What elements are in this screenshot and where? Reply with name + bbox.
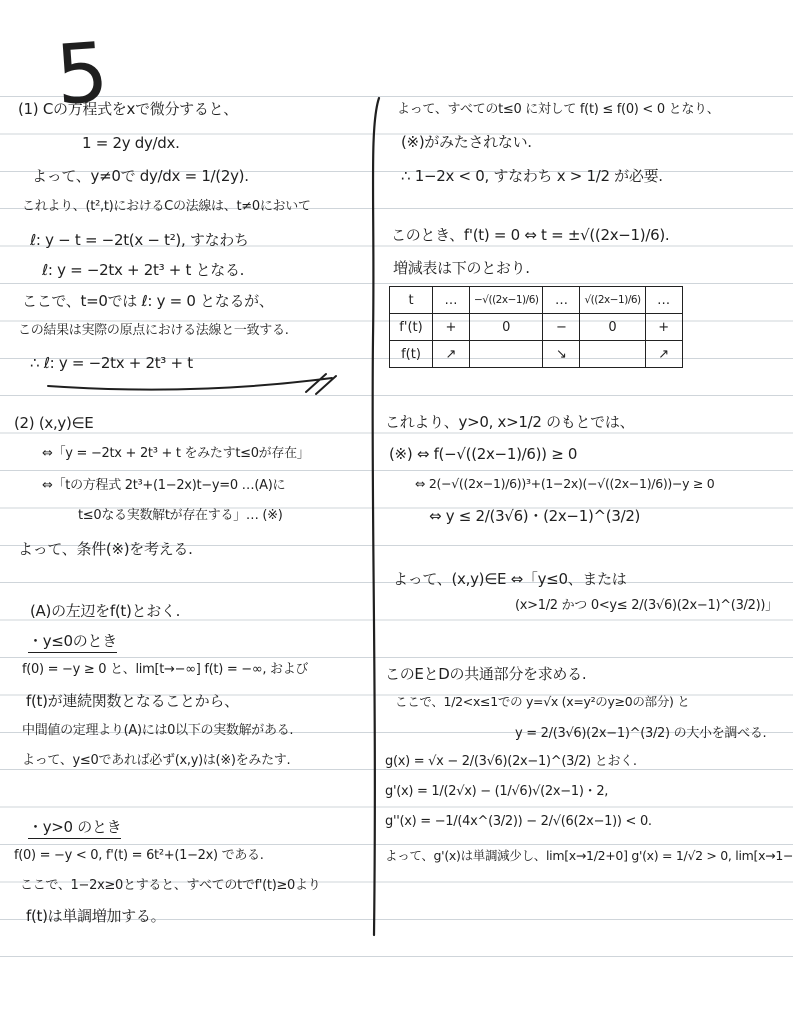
note-line: ℓ: y − t = −2t(x − t²), すなわち [30,231,249,250]
note-line: f(t)が連続関数となることから、 [26,692,239,711]
increase-decrease-table: t … −√((2x−1)/6) … √((2x−1)/6) … f'(t) +… [389,286,683,368]
note-line: t≤0なる実数解tが存在する」… (※) [78,508,283,524]
note-line: (※)がみたされない. [401,133,532,152]
table-row-t: t … −√((2x−1)/6) … √((2x−1)/6) … [390,287,683,314]
arrow-cell: ↗ [645,341,682,368]
note-line: (A)の左辺をf(t)とおく. [30,602,180,621]
note-line: 増減表は下のとおり. [393,259,530,278]
note-line: 中間値の定理より(A)には0以下の実数解がある. [22,723,293,739]
sign-cell: − [543,314,580,341]
note-line: (※) ⇔ f(−√((2x−1)/6)) ≥ 0 [389,445,577,464]
case-heading-y-le-0: ・y≤0のとき [28,632,117,653]
table-row-f: f(t) ↗ ↘ ↗ [390,341,683,368]
arrow-cell: ↘ [543,341,580,368]
note-line: これより、y>0, x>1/2 のもとでは、 [385,413,634,432]
note-line: 1 = 2y dy/dx. [82,134,180,153]
notebook-page: { "page": { "problem_number": "5", "ink_… [0,0,793,1024]
t-cell: √((2x−1)/6) [580,287,645,314]
note-line: f(0) = −y ≥ 0 と、lim[t→−∞] f(t) = −∞, および [22,662,308,678]
sign-cell: + [433,314,470,341]
arrow-cell [580,341,645,368]
table-row-f-prime: f'(t) + 0 − 0 + [390,314,683,341]
sign-cell: 0 [470,314,543,341]
note-line: このとき、f'(t) = 0 ⇔ t = ±√((2x−1)/6). [391,226,669,245]
note-line: これより、(t²,t)におけるCの法線は、t≠0において [22,199,311,215]
note-line: よって、(x,y)∈E ⇔「y≤0、または [393,570,627,589]
t-cell: −√((2x−1)/6) [470,287,543,314]
note-line: (2) (x,y)∈E [14,414,94,433]
sign-cell: 0 [580,314,645,341]
note-line: よって、条件(※)を考える. [18,540,193,559]
note-line: g(x) = √x − 2/(3√6)(2x−1)^(3/2) とおく. [385,754,637,770]
note-line: (1) Cの方程式をxで微分すると、 [18,100,238,119]
note-line: g''(x) = −1/(4x^(3/2)) − 2/√(6(2x−1)) < … [385,814,652,830]
note-line: f(0) = −y < 0, f'(t) = 6t²+(1−2x) である. [14,848,264,864]
note-line: g'(x) = 1/(2√x) − (1/√6)√(2x−1)・2, [385,784,608,800]
note-line: (x>1/2 かつ 0<y≤ 2/(3√6)(2x−1)^(3/2))」 [515,598,778,614]
note-line: よって、g'(x)は単調減少し、lim[x→1/2+0] g'(x) = 1/√… [385,848,793,864]
case-heading-y-gt-0: ・y>0 のとき [28,818,121,839]
note-line: このEとDの共通部分を求める. [385,665,586,684]
note-line: ⇔ y ≤ 2/(3√6)・(2x−1)^(3/2) [429,507,640,526]
note-line: この結果は実際の原点における法線と一致する. [18,323,289,339]
note-line: ここで、t=0では ℓ: y = 0 となるが、 [22,292,274,311]
t-cell: … [543,287,580,314]
arrow-cell [470,341,543,368]
note-line: よって、y≤0であれば必ず(x,y)は(※)をみたす. [22,753,290,769]
note-line: ⇔「y = −2tx + 2t³ + t をみたすt≤0が存在」 [42,446,309,462]
note-line: ∴ 1−2x < 0, すなわち x > 1/2 が必要. [401,167,663,186]
note-line: よって、y≠0で dy/dx = 1/(2y). [32,167,249,186]
note-line: y = 2/(3√6)(2x−1)^(3/2) の大小を調べる. [515,726,766,742]
row-header-t: t [390,287,433,314]
note-line: ⇔ 2(−√((2x−1)/6))³+(1−2x)(−√((2x−1)/6))−… [415,476,714,492]
t-cell: … [645,287,682,314]
arrow-cell: ↗ [433,341,470,368]
note-line: よって、すべてのt≤0 に対して f(t) ≤ f(0) < 0 となり、 [397,102,719,118]
note-line: ℓ: y = −2tx + 2t³ + t となる. [42,261,244,280]
note-line: ⇔「tの方程式 2t³+(1−2x)t−y=0 …(A)に [42,478,285,494]
answer-underline [44,372,354,400]
sign-cell: + [645,314,682,341]
note-line: ここで、1−2x≥0とすると、すべてのtでf'(t)≥0より [20,878,320,894]
t-cell: … [433,287,470,314]
note-line: f(t)は単調増加する。 [26,907,165,926]
conclusion-normal-line: ∴ ℓ: y = −2tx + 2t³ + t [30,354,193,373]
note-line: ここで、1/2<x≤1での y=√x (x=y²のy≥0の部分) と [395,694,689,710]
row-header-f-prime: f'(t) [390,314,433,341]
row-header-f: f(t) [390,341,433,368]
